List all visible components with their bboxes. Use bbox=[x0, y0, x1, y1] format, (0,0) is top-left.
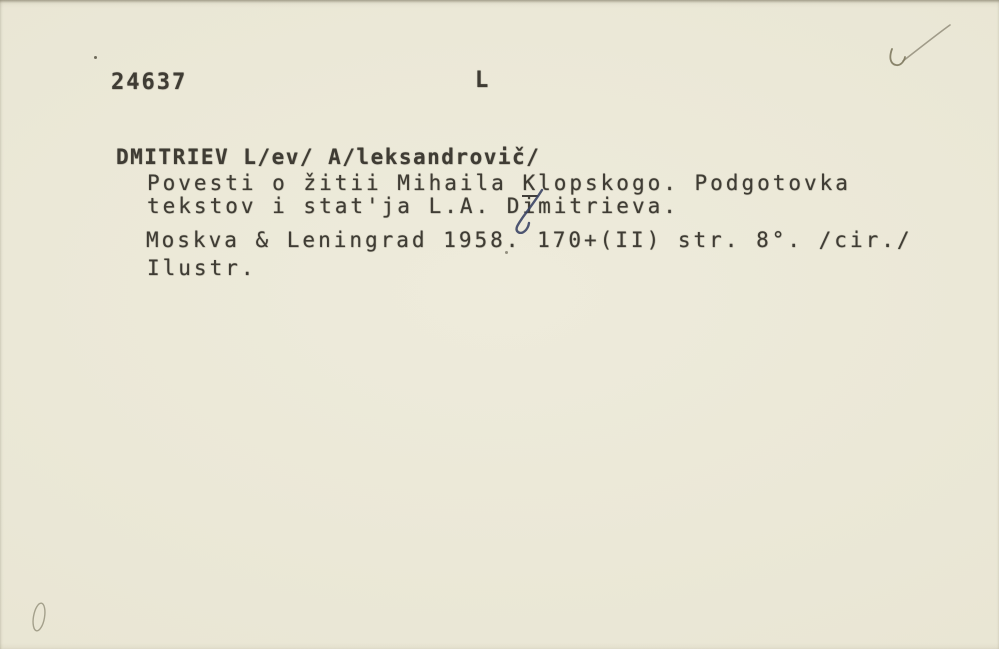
title-text-post: lopskogo. Podgotovka bbox=[538, 171, 851, 195]
statement-text-pre: tekstov i stat'ja L.A. D bbox=[147, 194, 522, 218]
ink-speck bbox=[505, 251, 508, 254]
pencil-oval-icon bbox=[26, 596, 54, 640]
title-text-pre: Povesti o žitii Mihaila bbox=[147, 171, 522, 195]
title-line: Povesti o žitii Mihaila Klopskogo. Podgo… bbox=[147, 173, 851, 194]
statement-text-post: mitrieva. bbox=[538, 194, 679, 218]
ink-speck bbox=[94, 56, 97, 59]
pencil-checkmark-icon bbox=[884, 20, 956, 72]
illustration-note: Ilustr. bbox=[147, 258, 257, 279]
ink-deletion-mark-icon bbox=[509, 188, 557, 234]
catalog-card: 24637 L DMITRIEV L/ev/ A/leksandrovič/ P… bbox=[0, 0, 999, 649]
call-number: 24637 bbox=[111, 72, 187, 93]
author-heading: DMITRIEV L/ev/ A/leksandrovič/ bbox=[116, 147, 540, 168]
section-letter: L bbox=[475, 70, 491, 91]
statement-line: tekstov i stat'ja L.A. Dimitrieva. bbox=[147, 196, 679, 217]
